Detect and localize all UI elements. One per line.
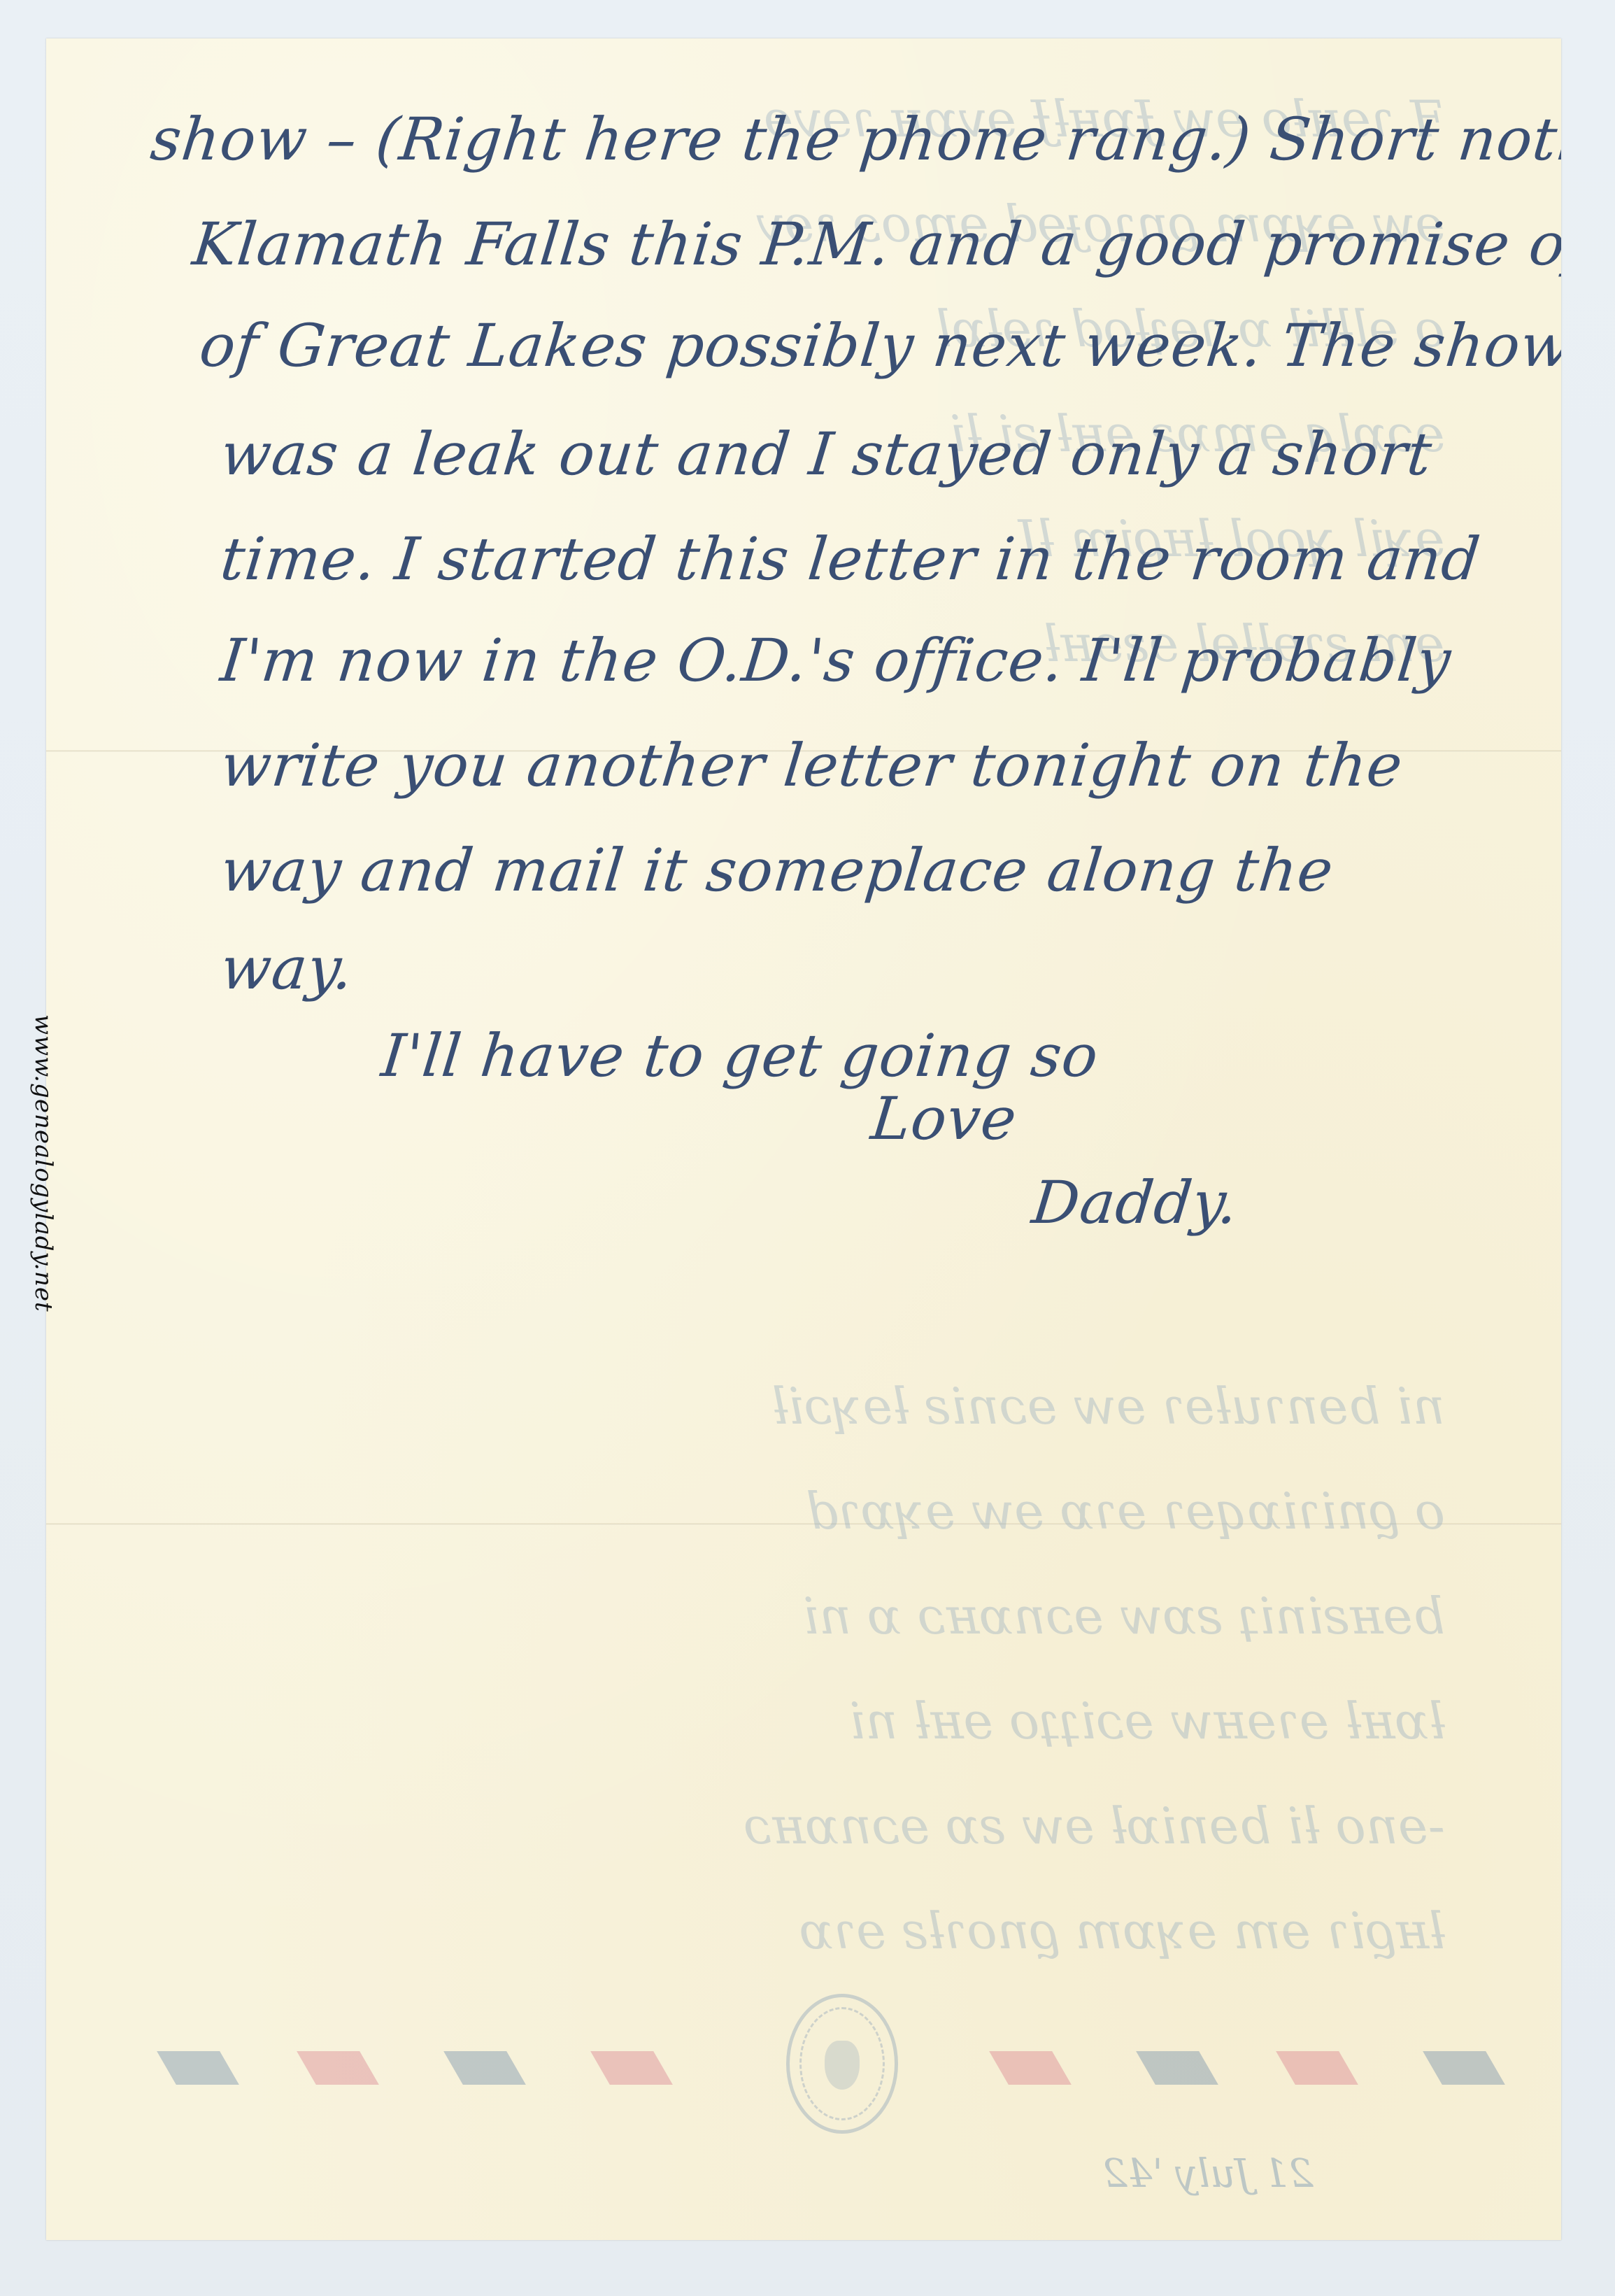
airmail-stripe-red (297, 2051, 379, 2085)
airmail-stripe-blue (1423, 2051, 1505, 2085)
letter-line: I'm now in the O.D.'s office. I'll proba… (218, 626, 1455, 695)
letter-line: time. I started this letter in the room … (218, 525, 1484, 593)
letter-page: ꟻ ɿɘʜƚo ɘw ɈɒʜƚɈ ɘvɒʜ ɿɘvɘ ɘw ɘʞɒm ϱnɿoɟ… (46, 38, 1561, 2240)
airmail-stripe-border (166, 2051, 1537, 2086)
airmail-stripe-blue (1136, 2051, 1218, 2085)
airmail-stripe-blue (443, 2051, 526, 2085)
airmail-stripe-blue (157, 2051, 239, 2085)
letter-line: of Great Lakes possibly next week. The s… (197, 311, 1561, 380)
website-watermark: www.genealogylady.net (29, 1014, 57, 1294)
letter-line: way. (218, 934, 357, 1002)
letter-line: was a leak out and I stayed only a short (218, 420, 1436, 488)
letter-line: show – (Right here the phone rang.) Shor… (148, 105, 1561, 173)
letter-signature: Daddy. (1029, 1168, 1242, 1237)
reverse-side-date: 21 July '42 (1102, 2151, 1314, 2197)
letter-line: Klamath Falls this P.M. and a good promi… (190, 210, 1561, 278)
airmail-stripe-red (989, 2051, 1072, 2085)
reverse-side-bleedthrough-bottom: ni bɘnɿuƚɘɿ ɘw ɘɔniƨ ƚɘʞɔiƚ o ϱniɿiɒqɘɿ … (221, 1354, 1445, 1983)
letter-closing-line: I'll have to get going so (378, 1021, 1102, 1090)
letter-line: way and mail it someplace along the (218, 836, 1337, 905)
airmail-stripe-red (1276, 2051, 1358, 2085)
airmail-stripe-red (590, 2051, 673, 2085)
letter-line: write you another letter tonight on the (218, 731, 1407, 800)
letter-signoff: Love (868, 1084, 1020, 1153)
